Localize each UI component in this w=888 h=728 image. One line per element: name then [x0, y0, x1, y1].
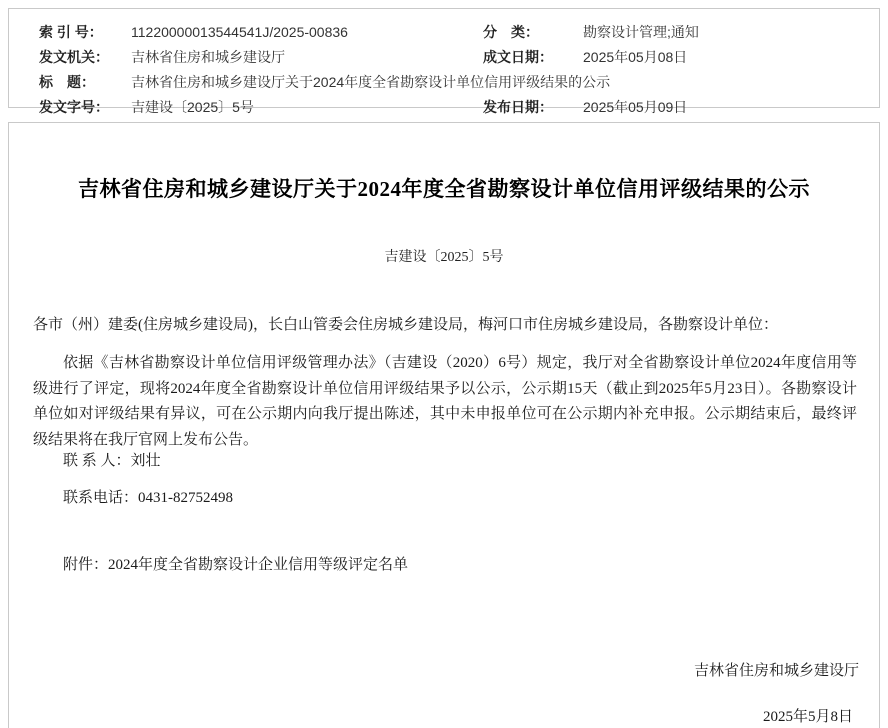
issuing-agency-label: 发文机关：: [9, 45, 131, 70]
metadata-row-agency-date: 发文机关： 吉林省住房和城乡建设厅 成文日期： 2025年05月08日: [9, 45, 879, 70]
index-number-label: 索 引 号：: [9, 20, 131, 45]
title-value: 吉林省住房和城乡建设厅关于2024年度全省勘察设计单位信用评级结果的公示: [131, 70, 879, 95]
metadata-row-title: 标 题： 吉林省住房和城乡建设厅关于2024年度全省勘察设计单位信用评级结果的公…: [9, 70, 879, 95]
salutation-line: 各市（州）建委(住房城乡建设局)，长白山管委会住房城乡建设局，梅河口市住房城乡建…: [33, 313, 855, 338]
date-published-label: 发布日期：: [483, 95, 583, 120]
metadata-row-docno-pubdate: 发文字号： 吉建设〔2025〕5号 发布日期： 2025年05月09日: [9, 95, 879, 120]
signature-date: 2025年5月8日: [33, 705, 853, 726]
attachment-line: 附件：2024年度全省勘察设计企业信用等级评定名单: [33, 553, 855, 574]
doc-number-label: 发文字号：: [9, 95, 131, 120]
document-reference-number: 吉建设〔2025〕5号: [33, 246, 855, 266]
document-body-panel: 吉林省住房和城乡建设厅关于2024年度全省勘察设计单位信用评级结果的公示 吉建设…: [8, 122, 880, 728]
date-published-value: 2025年05月09日: [583, 95, 879, 120]
metadata-row-index-category: 索 引 号： 11220000013544541J/2025-00836 分 类…: [9, 20, 879, 45]
body-paragraph: 依据《吉林省勘察设计单位信用评级管理办法》（吉建设（2020）6号）规定，我厅对…: [33, 351, 857, 453]
document-metadata-panel: 索 引 号： 11220000013544541J/2025-00836 分 类…: [8, 8, 880, 108]
metadata-table: 索 引 号： 11220000013544541J/2025-00836 分 类…: [9, 20, 879, 120]
title-label: 标 题：: [9, 70, 131, 95]
doc-number-value: 吉建设〔2025〕5号: [131, 95, 483, 120]
date-written-label: 成文日期：: [483, 45, 583, 70]
category-label: 分 类：: [483, 20, 583, 45]
index-number-value: 11220000013544541J/2025-00836: [131, 20, 483, 45]
signature-agency: 吉林省住房和城乡建设厅: [33, 659, 859, 680]
contact-phone-line: 联系电话：0431-82752498: [33, 486, 855, 507]
contact-person-line: 联 系 人：刘壮: [33, 449, 855, 470]
issuing-agency-value: 吉林省住房和城乡建设厅: [131, 45, 483, 70]
date-written-value: 2025年05月08日: [583, 45, 879, 70]
document-title: 吉林省住房和城乡建设厅关于2024年度全省勘察设计单位信用评级结果的公示: [33, 173, 855, 203]
category-value: 勘察设计管理;通知: [583, 20, 879, 45]
